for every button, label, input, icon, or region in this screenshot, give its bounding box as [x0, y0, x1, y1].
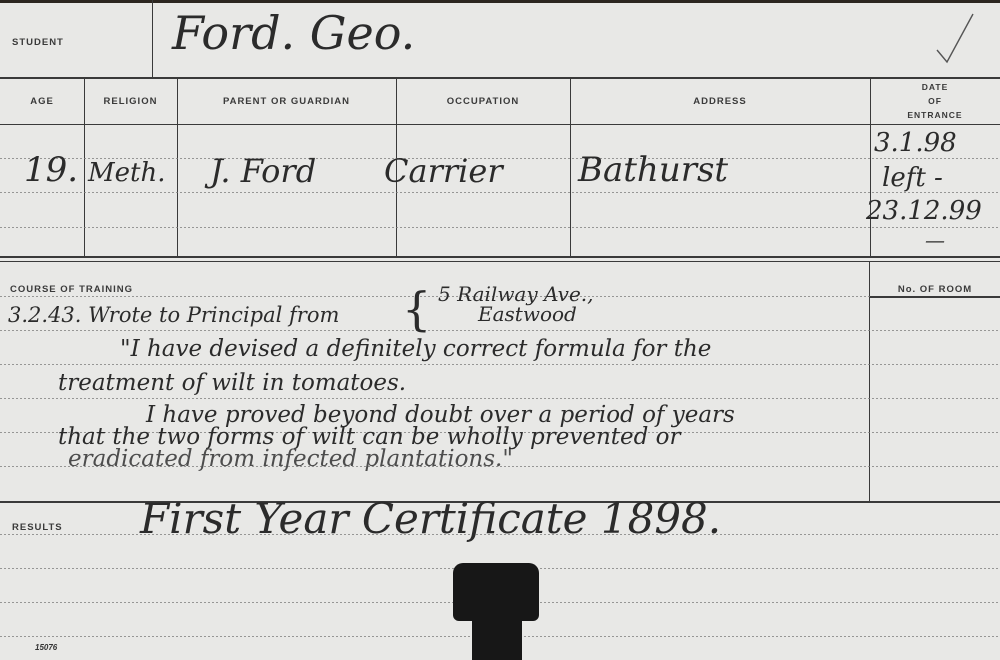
date-left: 23.12.99 — [866, 196, 982, 226]
date-of-entrance-label-2: OF — [870, 96, 1000, 106]
student-record-card: STUDENT AGE RELIGION PARENT OR GUARDIAN … — [0, 0, 1000, 660]
divider — [870, 296, 1000, 298]
parent-guardian-value: J. Ford — [210, 152, 316, 190]
ruled-line — [0, 192, 1000, 193]
course-of-training-label: COURSE OF TRAINING — [10, 284, 133, 295]
divider — [0, 256, 1000, 258]
no-of-room-label: No. OF ROOM — [870, 284, 1000, 295]
ruled-line — [0, 296, 870, 297]
course-line-6: eradicated from infected plantations." — [68, 446, 513, 472]
age-label: AGE — [0, 96, 84, 107]
date-dash: — — [925, 228, 945, 252]
divider — [152, 0, 153, 78]
parent-guardian-label: PARENT OR GUARDIAN — [177, 96, 396, 107]
age-value: 19. — [24, 150, 78, 190]
card-top-edge — [0, 0, 1000, 3]
results-value: First Year Certificate 1898. — [140, 494, 721, 543]
religion-value: Meth. — [88, 158, 165, 188]
course-line-1: 3.2.43. Wrote to Principal from — [8, 303, 339, 327]
course-line-3: treatment of wilt in tomatoes. — [58, 370, 406, 396]
student-label: STUDENT — [12, 37, 64, 48]
check-mark-icon — [935, 10, 975, 65]
student-name: Ford. Geo. — [172, 6, 415, 60]
divider — [0, 261, 1000, 262]
date-of-entrance-label-1: DATE — [870, 82, 1000, 92]
card-serial-number: 15076 — [35, 643, 57, 652]
divider — [0, 77, 1000, 79]
punch-hole-mark-stem — [472, 610, 522, 660]
religion-label: RELIGION — [84, 96, 177, 107]
ruled-line — [0, 330, 1000, 331]
ruled-line — [0, 227, 1000, 228]
occupation-label: OCCUPATION — [396, 96, 570, 107]
address-label: ADDRESS — [570, 96, 870, 107]
brace-icon: { — [402, 286, 431, 332]
course-address-line-2: Eastwood — [478, 302, 577, 326]
date-entered: 3.1.98 — [874, 128, 957, 158]
ruled-line — [0, 398, 1000, 399]
date-of-entrance-label-3: ENTRANCE — [870, 110, 1000, 120]
ruled-line — [0, 364, 1000, 365]
divider — [0, 124, 1000, 125]
address-value: Bathurst — [578, 150, 728, 190]
date-left-label: left - — [882, 163, 943, 193]
occupation-value: Carrier — [384, 152, 503, 190]
course-line-2: "I have devised a definitely correct for… — [120, 336, 711, 362]
results-label: RESULTS — [12, 522, 63, 533]
